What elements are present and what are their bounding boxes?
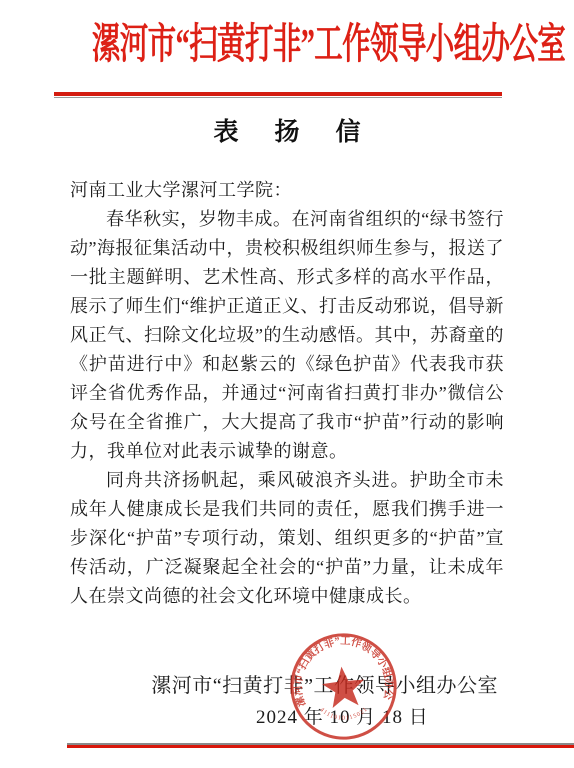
seal-ring-text: 漯河市“扫黄打非”工作领导小组办公室 bbox=[283, 626, 399, 713]
signature-org-name: 漯河市“扫黄打非”工作领导小组办公室 bbox=[151, 674, 498, 698]
document-title: 表扬信 bbox=[0, 112, 574, 148]
letter-page: 漯河市“扫黄打非”工作领导小组办公室 表扬信 河南工业大学漯河工学院： 春华秋实… bbox=[0, 0, 574, 768]
letterhead-rule-red-line bbox=[54, 92, 502, 96]
body-paragraph-2: 同舟共济扬帆起，乘风破浪齐头进。护助全市未成年人健康成长是我们共同的责任，愿我们… bbox=[70, 466, 504, 611]
salutation: 河南工业大学漯河工学院： bbox=[70, 176, 504, 205]
letterhead-org-name: 漯河市“扫黄打非”工作领导小组办公室 bbox=[92, 22, 482, 68]
signature-date: 2024 年 10 月 18 日 bbox=[256, 707, 429, 729]
letterhead-rule bbox=[54, 92, 502, 98]
footer-rule-red-line bbox=[67, 745, 574, 749]
svg-text:漯河市“扫黄打非”工作领导小组办公室: 漯河市“扫黄打非”工作领导小组办公室 bbox=[283, 626, 399, 713]
footer-rule bbox=[67, 743, 574, 748]
letter-body: 河南工业大学漯河工学院： 春华秋实，岁物丰成。在河南省组织的“绿书签行动”海报征… bbox=[70, 176, 504, 611]
letterhead-rule-shadow-line bbox=[54, 97, 502, 98]
body-paragraph-1: 春华秋实，岁物丰成。在河南省组织的“绿书签行动”海报征集活动中，贵校积极组织师生… bbox=[70, 205, 504, 466]
